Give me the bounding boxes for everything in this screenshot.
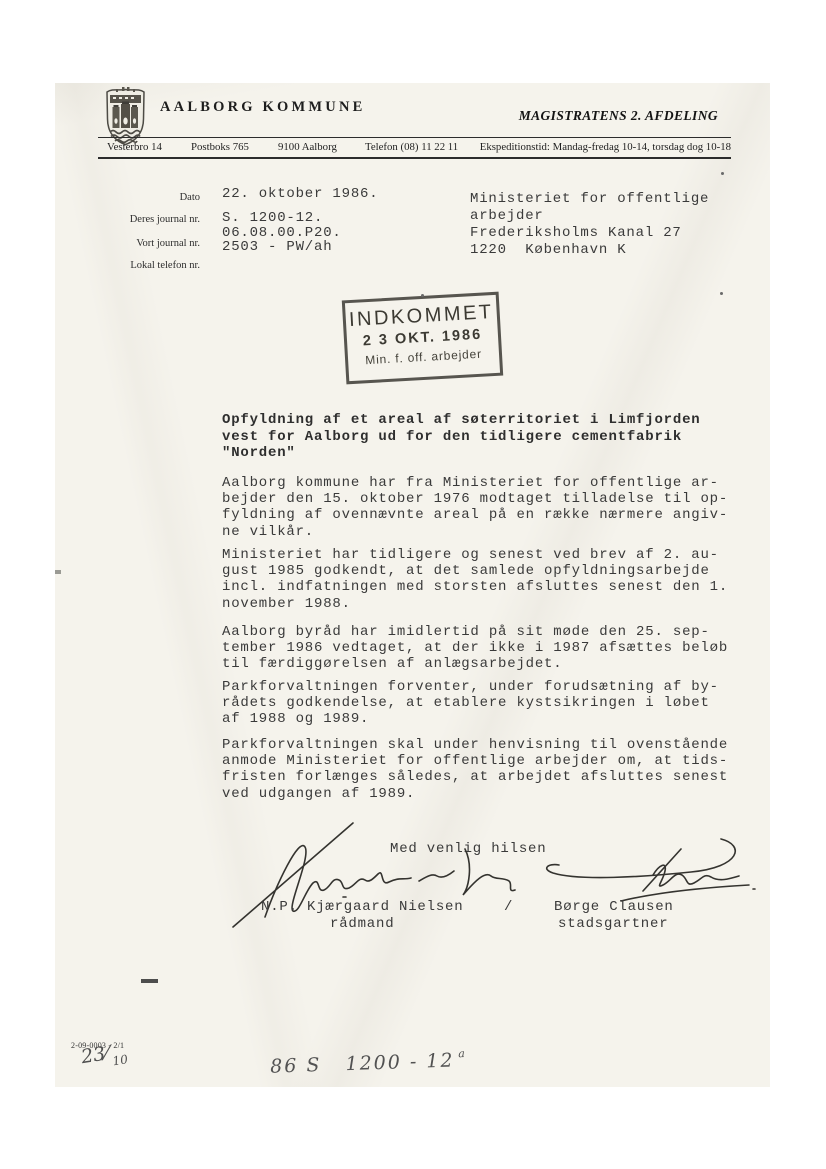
department-title: MAGISTRATENS 2. AFDELING xyxy=(519,108,718,124)
lokal-telefon-label: Lokal telefon nr. xyxy=(89,260,200,271)
handwritten-journal-note: 86 S 1200 - 12a xyxy=(237,1027,464,1101)
indkommet-stamp: INDKOMMET 2 3 OKT. 1986 Min. f. off. arb… xyxy=(342,292,503,385)
handwritten-note-text: 86 S 1200 - 12 xyxy=(270,1049,455,1077)
letter-paper: AALBORG KOMMUNE MAGISTRATENS 2. AFDELING… xyxy=(55,83,770,1087)
signer-left-title: rådmand xyxy=(330,916,394,932)
scanned-letter-page: { "header": { "org_name": "AALBORG KOMMU… xyxy=(0,0,826,1169)
contact-phone: Telefon (08) 11 22 11 xyxy=(365,141,458,153)
fold-mark-dash xyxy=(141,979,158,983)
deres-journal-value: S. 1200-12. xyxy=(222,210,323,226)
body-paragraph-2: Ministeriet har tidligere og senest ved … xyxy=(222,547,728,612)
header-rule-bottom xyxy=(98,157,731,159)
vort-journal-value: 2503 - PW/ah xyxy=(222,239,332,255)
stamp-ministry: Min. f. off. arbejder xyxy=(348,346,500,368)
contact-street: Vesterbro 14 xyxy=(107,141,162,153)
aalborg-coat-of-arms-logo xyxy=(102,83,149,148)
handwritten-note-superscript: a xyxy=(458,1047,467,1060)
body-paragraph-5: Parkforvaltningen skal under henvisning … xyxy=(222,737,728,802)
vort-journal-label: Vort journal nr. xyxy=(89,238,200,249)
org-name: AALBORG KOMMUNE xyxy=(160,99,365,116)
subject-line: Opfyldning af et areal af søterritoriet … xyxy=(222,412,700,462)
edge-scan-mark xyxy=(55,570,61,574)
signer-right-title: stadsgartner xyxy=(558,916,668,932)
body-paragraph-3: Aalborg byråd har imidlertid på sit møde… xyxy=(222,624,728,673)
dato-label: Dato xyxy=(89,192,200,203)
fold-mark-dot-2 xyxy=(720,292,723,295)
date-value: 22. oktober 1986. xyxy=(222,186,378,202)
handwritten-month: 10 xyxy=(112,1052,129,1068)
recipient-address: Ministeriet for offentlige arbejder Fred… xyxy=(470,191,709,259)
contact-hours: Ekspeditionstid: Mandag-fredag 10-14, to… xyxy=(480,141,731,153)
handwritten-day: 23 xyxy=(80,1043,107,1069)
deres-journal-label: Deres journal nr. xyxy=(89,214,200,225)
body-paragraph-4: Parkforvaltningen forventer, under forud… xyxy=(222,679,719,728)
signature-separator: / xyxy=(504,899,513,915)
body-paragraph-1: Aalborg kommune har fra Ministeriet for … xyxy=(222,475,728,540)
signer-left-name: N.P. Kjærgaard Nielsen xyxy=(261,899,463,915)
contact-postbox: Postboks 765 xyxy=(191,141,249,153)
contact-city: 9100 Aalborg xyxy=(278,141,337,153)
signer-right-name: Børge Clausen xyxy=(554,899,674,915)
fold-mark-dot-1 xyxy=(721,172,724,175)
ink-dot-above-stamp xyxy=(421,294,424,297)
header-rule-top xyxy=(98,137,731,138)
